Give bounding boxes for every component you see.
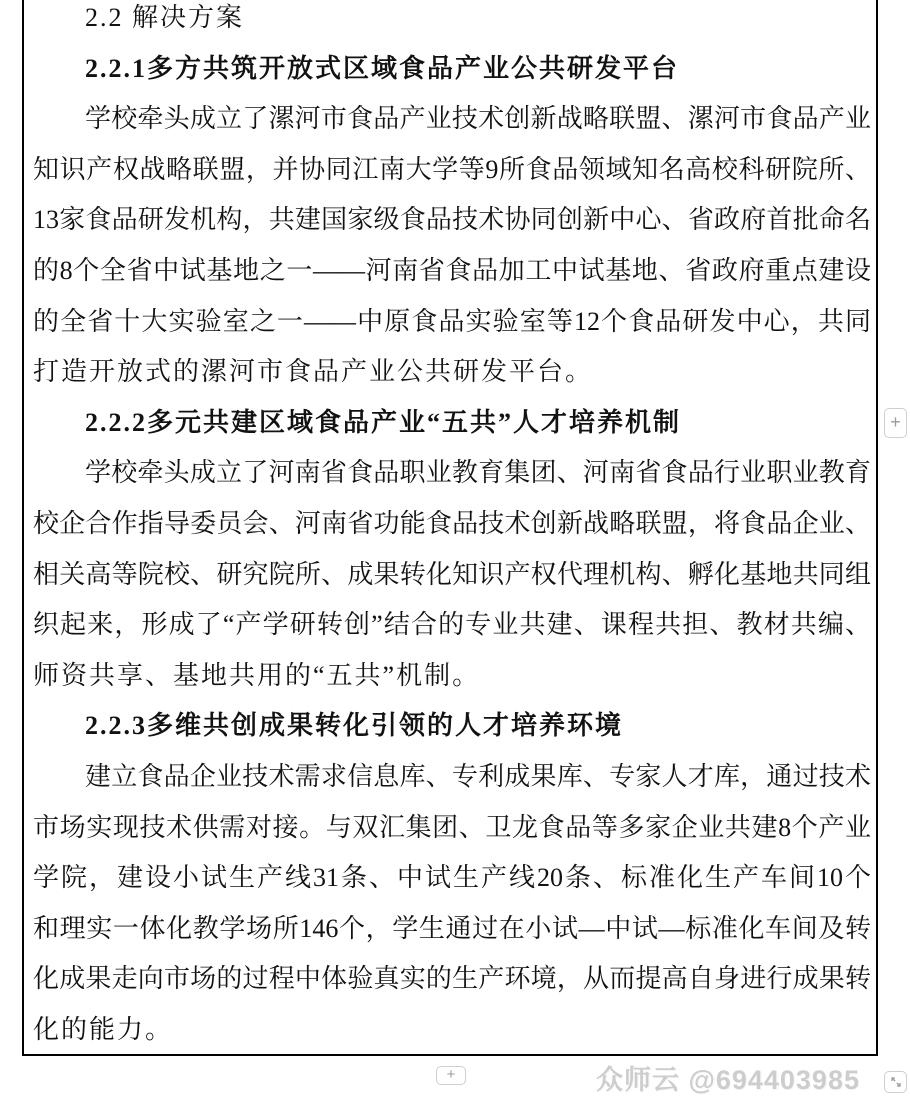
insert-page-button-right[interactable]: + <box>884 408 907 438</box>
section-heading: 2.2.2多元共建区域食品产业“五共”人才培养机制 <box>33 398 871 449</box>
section-heading: 2.2.1多方共筑开放式区域食品产业公共研发平台 <box>33 44 871 95</box>
insert-page-button-bottom[interactable]: + <box>436 1066 466 1085</box>
document-line: 建立食品企业技术需求信息库、专利成果库、专家人才库，通过技术 <box>33 752 871 803</box>
document-line: 市场实现技术供需对接。与双汇集团、卫龙食品等多家企业共建8个产业 <box>33 803 871 854</box>
document-line: 学校牵头成立了河南省食品职业教育集团、河南省食品行业职业教育 <box>33 448 871 499</box>
plus-icon: + <box>447 1066 456 1083</box>
document-line: 和理实一体化教学场所146个，学生通过在小试—中试—标准化车间及转 <box>33 904 871 955</box>
document-line: 学校牵头成立了漯河市食品产业技术创新战略联盟、漯河市食品产业 <box>33 94 871 145</box>
document-line: 打造开放式的漯河市食品产业公共研发平台。 <box>33 347 871 398</box>
document-line: 织起来，形成了“产学研转创”结合的专业共建、课程共担、教材共编、 <box>33 600 871 651</box>
document-line: 相关高等院校、研究院所、成果转化知识产权代理机构、孵化基地共同组 <box>33 550 871 601</box>
section-title: 2.2 解决方案 <box>33 0 871 44</box>
document-line: 化成果走向市场的过程中体验真实的生产环境，从而提高自身进行成果转 <box>33 954 871 1005</box>
page: { "colors": { "frame_border": "#000000",… <box>0 0 910 1099</box>
fullscreen-button[interactable] <box>884 1071 907 1093</box>
document-line: 13家食品研发机构，共建国家级食品技术协同创新中心、省政府首批命名 <box>33 195 871 246</box>
document-line: 化的能力。 <box>33 1005 871 1056</box>
document-line: 的8个全省中试基地之一——河南省食品加工中试基地、省政府重点建设 <box>33 246 871 297</box>
watermark: 众师云 @694403985 <box>596 1058 860 1097</box>
document-line: 知识产权战略联盟，并协同江南大学等9所食品领域知名高校科研院所、 <box>33 145 871 196</box>
document-line: 学院，建设小试生产线31条、中试生产线20条、标准化生产车间10个 <box>33 853 871 904</box>
document-line: 校企合作指导委员会、河南省功能食品技术创新战略联盟，将食品企业、 <box>33 499 871 550</box>
plus-icon: + <box>890 412 901 433</box>
section-heading: 2.2.3多维共创成果转化引领的人才培养环境 <box>33 701 871 752</box>
document-text-column: 2.2 解决方案 2.2.1多方共筑开放式区域食品产业公共研发平台 学校牵头成立… <box>33 0 871 1055</box>
document-line: 师资共享、基地共用的“五共”机制。 <box>33 651 871 702</box>
expand-icon <box>890 1076 902 1088</box>
document-line: 的全省十大实验室之一——中原食品实验室等12个食品研发中心，共同 <box>33 297 871 348</box>
